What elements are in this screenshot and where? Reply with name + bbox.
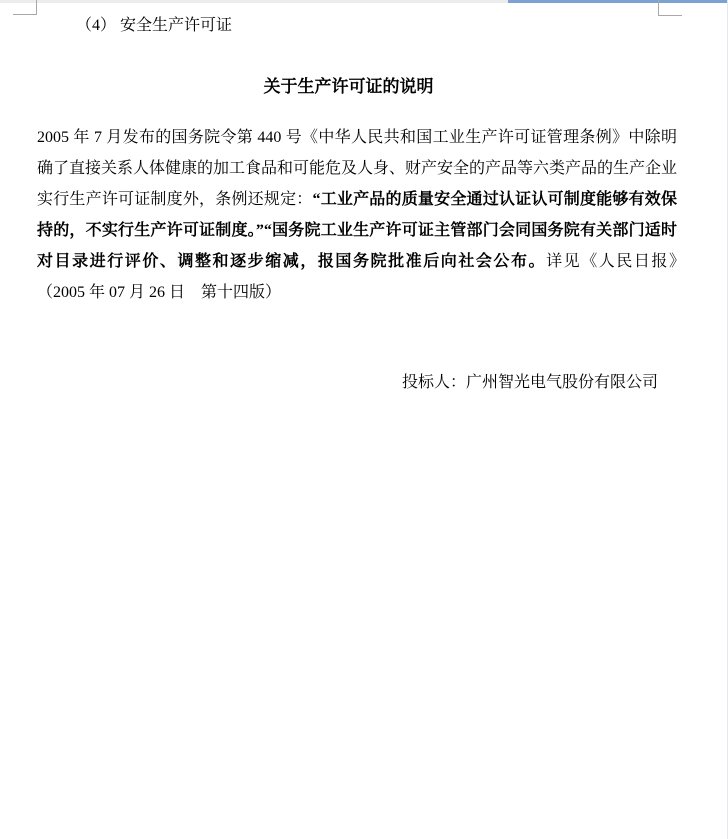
list-item-heading: （4） 安全生产许可证: [76, 10, 232, 41]
top-edge-strip-blue: [508, 0, 728, 3]
text-boundary-mark-top-left: [13, 0, 37, 15]
body-paragraph: 2005 年 7 月发布的国务院令第 440 号《中华人民共和国工业生产许可证管…: [37, 122, 677, 308]
bidder-line: 投标人：广州智光电气股份有限公司: [37, 367, 658, 398]
text-boundary-mark-top-right: [658, 0, 682, 16]
document-page: （4） 安全生产许可证 关于生产许可证的说明 2005 年 7 月发布的国务院令…: [0, 0, 728, 839]
top-edge-strip-gray: [0, 0, 508, 3]
document-title: 关于生产许可证的说明: [37, 71, 660, 102]
